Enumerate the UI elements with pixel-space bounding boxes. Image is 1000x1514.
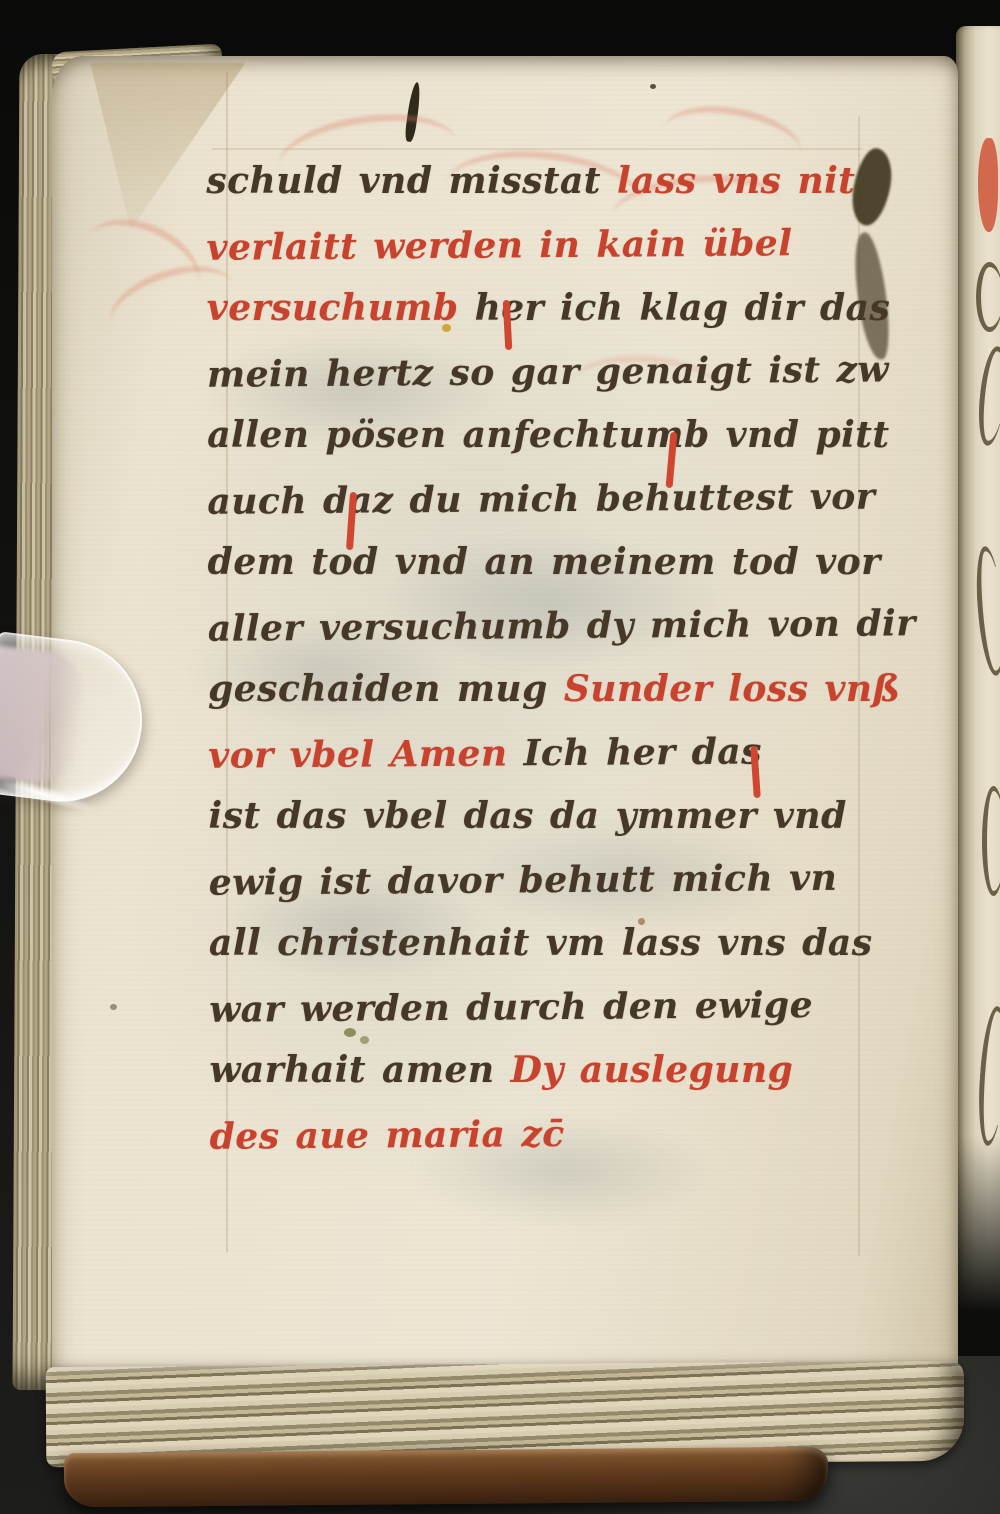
- manuscript-line: des aue maria zc̄: [209, 1100, 919, 1169]
- manuscript-line: versuchumb her ich klag dir das: [207, 277, 917, 341]
- text-segment-dark-ink: aller versuchumb dy mich von dir: [208, 602, 916, 650]
- manuscript-line: aller versuchumb dy mich von dir: [208, 592, 918, 661]
- manuscript-line: geschaiden mug Sunder loss vnß: [208, 658, 918, 722]
- text-segment-red-ink: des aue maria zc̄: [210, 1112, 565, 1157]
- transparent-page-clip: [0, 631, 151, 811]
- manuscript-line: dem tod vnd an meinem tod vor: [208, 531, 918, 594]
- facing-page-ink-fragment: [975, 345, 1000, 447]
- text-segment-dark-ink: ist das vbel das da ymmer vnd: [209, 795, 847, 837]
- facing-page-ink-fragment: [975, 1005, 1000, 1146]
- manuscript-photo: schuld vnd misstat lass vns nitverlaitt …: [0, 0, 1000, 1514]
- text-segment-red-ink: verlaitt werden in kain übel: [206, 222, 792, 269]
- leather-cover-edge: [64, 1447, 828, 1508]
- text-block: schuld vnd misstat lass vns nitverlaitt …: [206, 149, 920, 1167]
- text-segment-red-ink: Sunder loss vnß: [564, 668, 901, 710]
- facing-page-ink-fragment: [972, 545, 1000, 677]
- manuscript-line: mein hertz so gar genaigt ist zw: [207, 338, 917, 407]
- facing-page-ink-fragment: [982, 786, 1000, 896]
- text-segment-dark-ink: mein hertz so gar genaigt ist zw: [207, 348, 889, 395]
- manuscript-line: allen pösen anfechtumb vnd pitt: [207, 404, 917, 467]
- facing-page-sliver: [956, 26, 1000, 1356]
- text-segment-dark-ink: dem tod vnd an meinem tod vor: [208, 541, 881, 583]
- text-segment-red-ink: lass vns nit: [617, 160, 855, 202]
- manuscript-line: war werden durch den ewige: [209, 973, 919, 1042]
- text-segment-red-ink: Dy auslegung: [511, 1049, 794, 1091]
- text-segment-dark-ink: all christenhait vm lass vns das: [209, 922, 873, 964]
- text-segment-dark-ink: warhait amen: [209, 1049, 510, 1091]
- manuscript-page: schuld vnd misstat lass vns nitverlaitt …: [52, 56, 958, 1376]
- facing-page-ink-fragment: [976, 262, 1000, 332]
- text-segment-dark-ink: auch daz du mich behuttest vor: [207, 475, 875, 522]
- text-segment-red-ink: versuchumb: [207, 287, 475, 329]
- manuscript-line: verlaitt werden in kain übel: [206, 211, 916, 280]
- manuscript-line: warhait amen Dy auslegung: [209, 1039, 919, 1103]
- text-segment-dark-ink: schuld vnd misstat: [206, 160, 617, 202]
- speck: [650, 84, 656, 89]
- text-segment-dark-ink: her ich klag dir das: [475, 287, 891, 329]
- manuscript-line: auch daz du mich behuttest vor: [207, 465, 917, 534]
- facing-page-red-ink-fragment: [978, 138, 998, 232]
- text-segment-dark-ink: war werden durch den ewige: [209, 984, 813, 1031]
- manuscript-line: vor vbel Amen Ich her das: [208, 719, 918, 788]
- speck: [110, 1004, 117, 1010]
- manuscript-line: schuld vnd misstat lass vns nit: [206, 150, 916, 214]
- text-segment-red-ink: vor vbel Amen: [208, 732, 524, 776]
- text-segment-dark-ink: ewig ist davor behutt mich vn: [209, 856, 838, 903]
- text-segment-dark-ink: allen pösen anfechtumb vnd pitt: [207, 414, 889, 456]
- manuscript-line: ist das vbel das da ymmer vnd: [209, 785, 919, 849]
- manuscript-line: all christenhait vm lass vns das: [209, 912, 919, 976]
- text-segment-dark-ink: Ich her das: [523, 730, 762, 774]
- manuscript-line: ewig ist davor behutt mich vn: [209, 846, 919, 915]
- text-segment-dark-ink: geschaiden mug: [208, 668, 564, 710]
